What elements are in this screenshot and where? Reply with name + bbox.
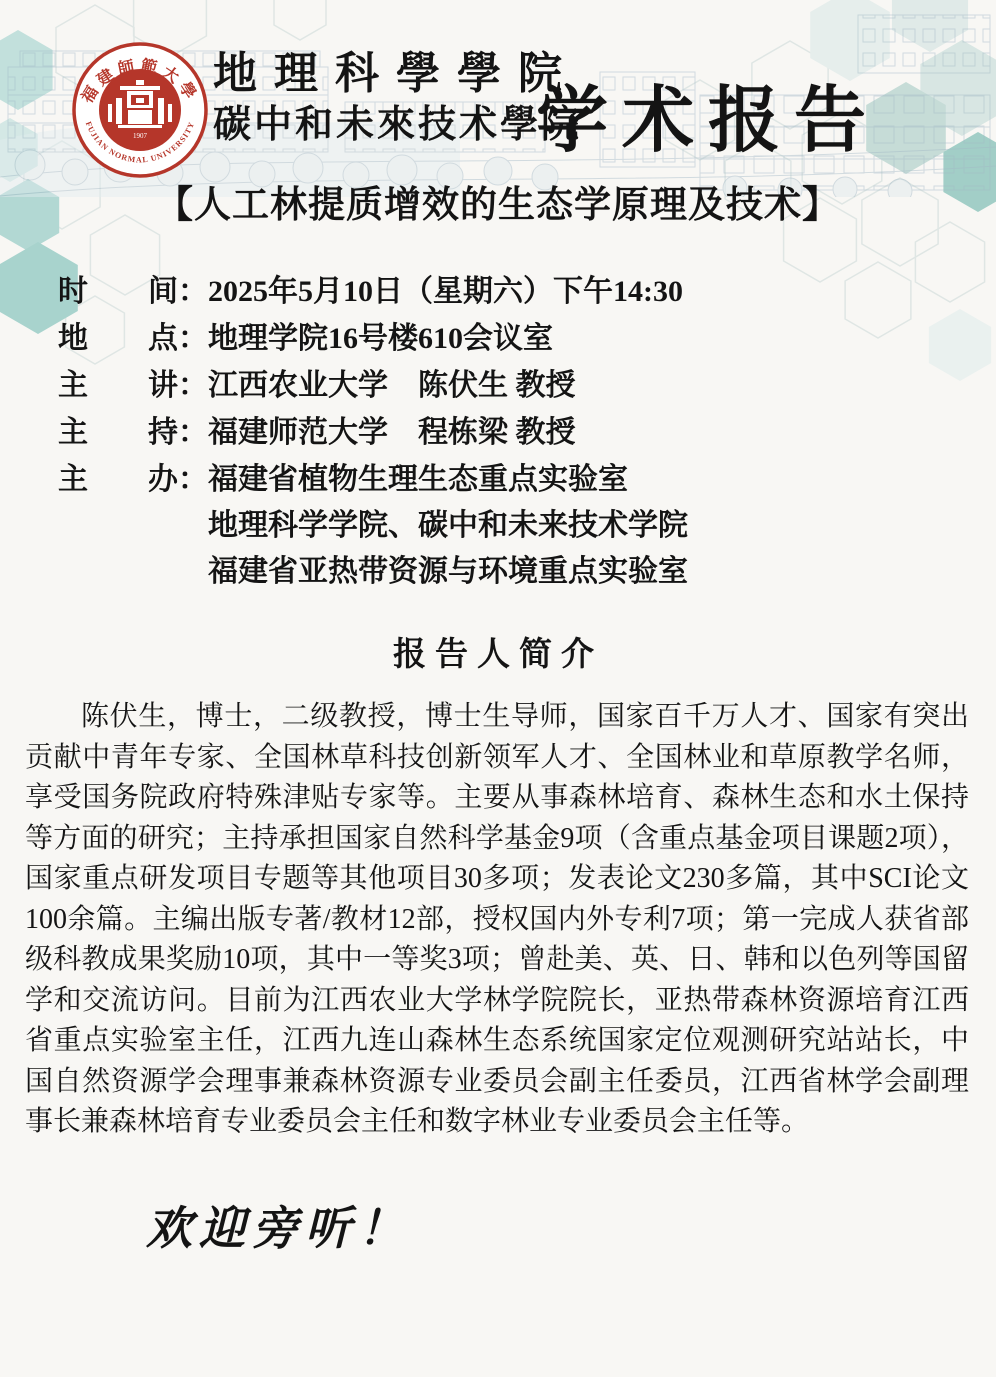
info-organizer-extra-2: 福建省亚热带资源与环境重点实验室 bbox=[58, 549, 688, 595]
info-row-location: 地 点：地理学院16号楼610会议室 bbox=[58, 315, 688, 362]
info-value-speaker: 江西农业大学 陈伏生 教授 bbox=[208, 369, 576, 402]
college-name-line1: 地理科學學院 bbox=[213, 52, 582, 96]
college-names: 地理科學學院 碳中和未來技术學院 bbox=[213, 52, 582, 144]
lecture-title: 【人工林提质增效的生态学原理及技术】 bbox=[0, 174, 996, 228]
info-row-organizer: 主 办：福建省植物生理生态重点实验室 bbox=[58, 456, 688, 503]
info-label-location: 地 点： bbox=[58, 315, 208, 362]
info-label-organizer: 主 办： bbox=[58, 456, 208, 503]
info-organizer-extra-1: 地理科学学院、碳中和未来技术学院 bbox=[58, 503, 688, 549]
info-value-location: 地理学院16号楼610会议室 bbox=[208, 322, 553, 355]
lecture-info: 时 间：2025年5月10日（星期六）下午14:30 地 点：地理学院16号楼6… bbox=[58, 268, 688, 595]
college-name-line2: 碳中和未來技术學院 bbox=[213, 106, 582, 144]
info-row-speaker: 主 讲：江西农业大学 陈伏生 教授 bbox=[58, 362, 688, 409]
welcome-message: 欢迎旁听！ bbox=[146, 1192, 411, 1258]
info-label-chair: 主 持： bbox=[58, 409, 208, 456]
bio-heading: 报告人简介 bbox=[0, 628, 996, 675]
info-value-organizer: 福建省植物生理生态重点实验室 bbox=[208, 463, 628, 496]
banner-academic-report: 学术报告 bbox=[536, 62, 880, 166]
university-seal-icon: 福建師範大學 FUJIAN NORMAL UNIVERSITY 1907 bbox=[70, 40, 210, 180]
bio-paragraph: 陈伏生，博士，二级教授，博士生导师，国家百千万人才、国家有突出贡献中青年专家、全… bbox=[25, 697, 969, 1143]
info-row-chair: 主 持：福建师范大学 程栋梁 教授 bbox=[58, 409, 688, 456]
seal-year: 1907 bbox=[133, 132, 148, 140]
lecture-poster: 福建師範大學 FUJIAN NORMAL UNIVERSITY 1907 bbox=[0, 0, 996, 1377]
info-value-chair: 福建师范大学 程栋梁 教授 bbox=[208, 416, 576, 449]
poster-content: 福建師範大學 FUJIAN NORMAL UNIVERSITY 1907 bbox=[0, 0, 996, 1377]
info-row-time: 时 间：2025年5月10日（星期六）下午14:30 bbox=[58, 268, 688, 315]
info-label-speaker: 主 讲： bbox=[58, 362, 208, 409]
info-label-time: 时 间： bbox=[58, 268, 208, 315]
info-value-time: 2025年5月10日（星期六）下午14:30 bbox=[208, 275, 683, 308]
